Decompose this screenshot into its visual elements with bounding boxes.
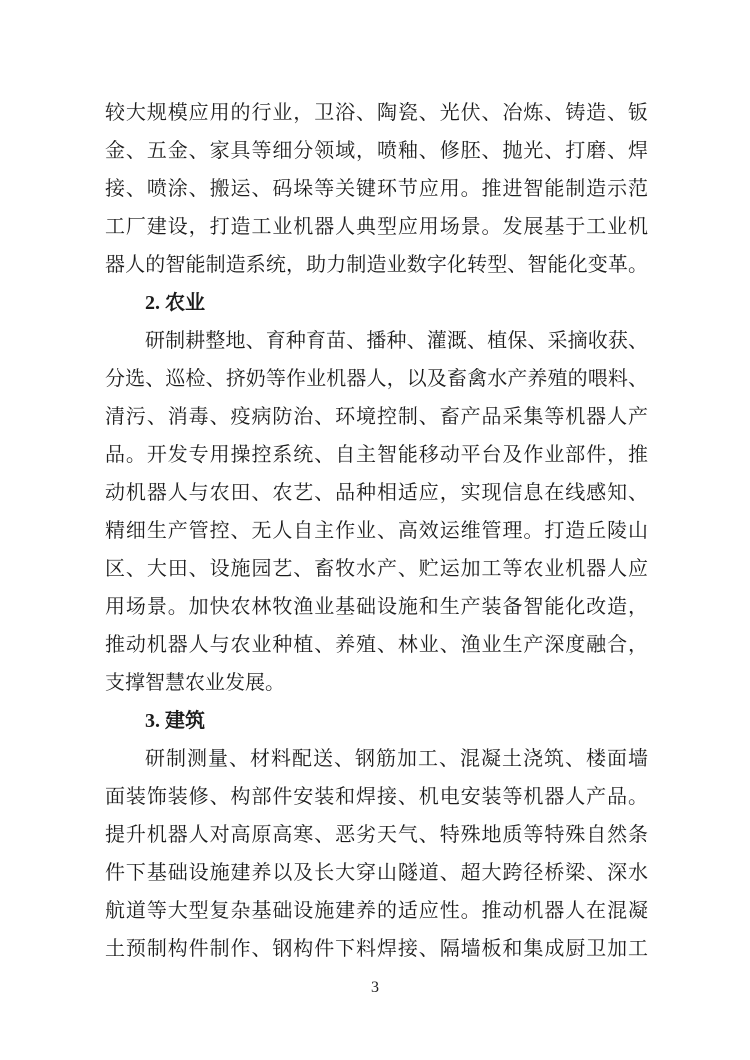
text-line: 区、大田、设施园艺、畜牧水产、贮运加工等农业机器人应 xyxy=(105,550,648,588)
text-line: 精细生产管控、无人自主作业、高效运维管理。打造丘陵山 xyxy=(105,512,648,550)
text-line: 较大规模应用的行业，卫浴、陶瓷、光伏、冶炼、铸造、钣 xyxy=(105,94,648,132)
text-line: 支撑智慧农业发展。 xyxy=(105,664,648,702)
text-line: 工厂建设，打造工业机器人典型应用场景。发展基于工业机 xyxy=(105,208,648,246)
paragraph: 研制测量、材料配送、钢筋加工、混凝土浇筑、楼面墙 面装饰装修、构部件安装和焊接、… xyxy=(105,740,648,968)
text-line: 器人的智能制造系统，助力制造业数字化转型、智能化变革。 xyxy=(105,246,648,284)
text-line: 分选、巡检、挤奶等作业机器人，以及畜禽水产养殖的喂料、 xyxy=(105,360,648,398)
page-number: 3 xyxy=(0,978,750,998)
section-heading-agriculture: 2. 农业 xyxy=(105,284,648,322)
text-line: 研制测量、材料配送、钢筋加工、混凝土浇筑、楼面墙 xyxy=(105,740,648,778)
text-line: 接、喷涂、搬运、码垛等关键环节应用。推进智能制造示范 xyxy=(105,170,648,208)
text-line: 推动机器人与农业种植、养殖、林业、渔业生产深度融合， xyxy=(105,626,648,664)
text-line: 金、五金、家具等细分领域，喷釉、修胚、抛光、打磨、焊 xyxy=(105,132,648,170)
text-block: 较大规模应用的行业，卫浴、陶瓷、光伏、冶炼、铸造、钣 金、五金、家具等细分领域，… xyxy=(105,94,648,968)
text-line: 航道等大型复杂基础设施建养的适应性。推动机器人在混凝 xyxy=(105,892,648,930)
text-line: 清污、消毒、疫病防治、环境控制、畜产品采集等机器人产 xyxy=(105,398,648,436)
text-line: 品。开发专用操控系统、自主智能移动平台及作业部件，推 xyxy=(105,436,648,474)
text-line: 面装饰装修、构部件安装和焊接、机电安装等机器人产品。 xyxy=(105,778,648,816)
text-line: 件下基础设施建养以及长大穿山隧道、超大跨径桥梁、深水 xyxy=(105,854,648,892)
text-line: 提升机器人对高原高寒、恶劣天气、特殊地质等特殊自然条 xyxy=(105,816,648,854)
text-line: 用场景。加快农林牧渔业基础设施和生产装备智能化改造， xyxy=(105,588,648,626)
document-page: 较大规模应用的行业，卫浴、陶瓷、光伏、冶炼、铸造、钣 金、五金、家具等细分领域，… xyxy=(0,0,750,1060)
paragraph: 研制耕整地、育种育苗、播种、灌溉、植保、采摘收获、 分选、巡检、挤奶等作业机器人… xyxy=(105,322,648,702)
text-line: 土预制构件制作、钢构件下料焊接、隔墙板和集成厨卫加工 xyxy=(105,930,648,968)
paragraph: 较大规模应用的行业，卫浴、陶瓷、光伏、冶炼、铸造、钣 金、五金、家具等细分领域，… xyxy=(105,94,648,284)
section-heading-construction: 3. 建筑 xyxy=(105,702,648,740)
text-line: 动机器人与农田、农艺、品种相适应，实现信息在线感知、 xyxy=(105,474,648,512)
text-line: 研制耕整地、育种育苗、播种、灌溉、植保、采摘收获、 xyxy=(105,322,648,360)
